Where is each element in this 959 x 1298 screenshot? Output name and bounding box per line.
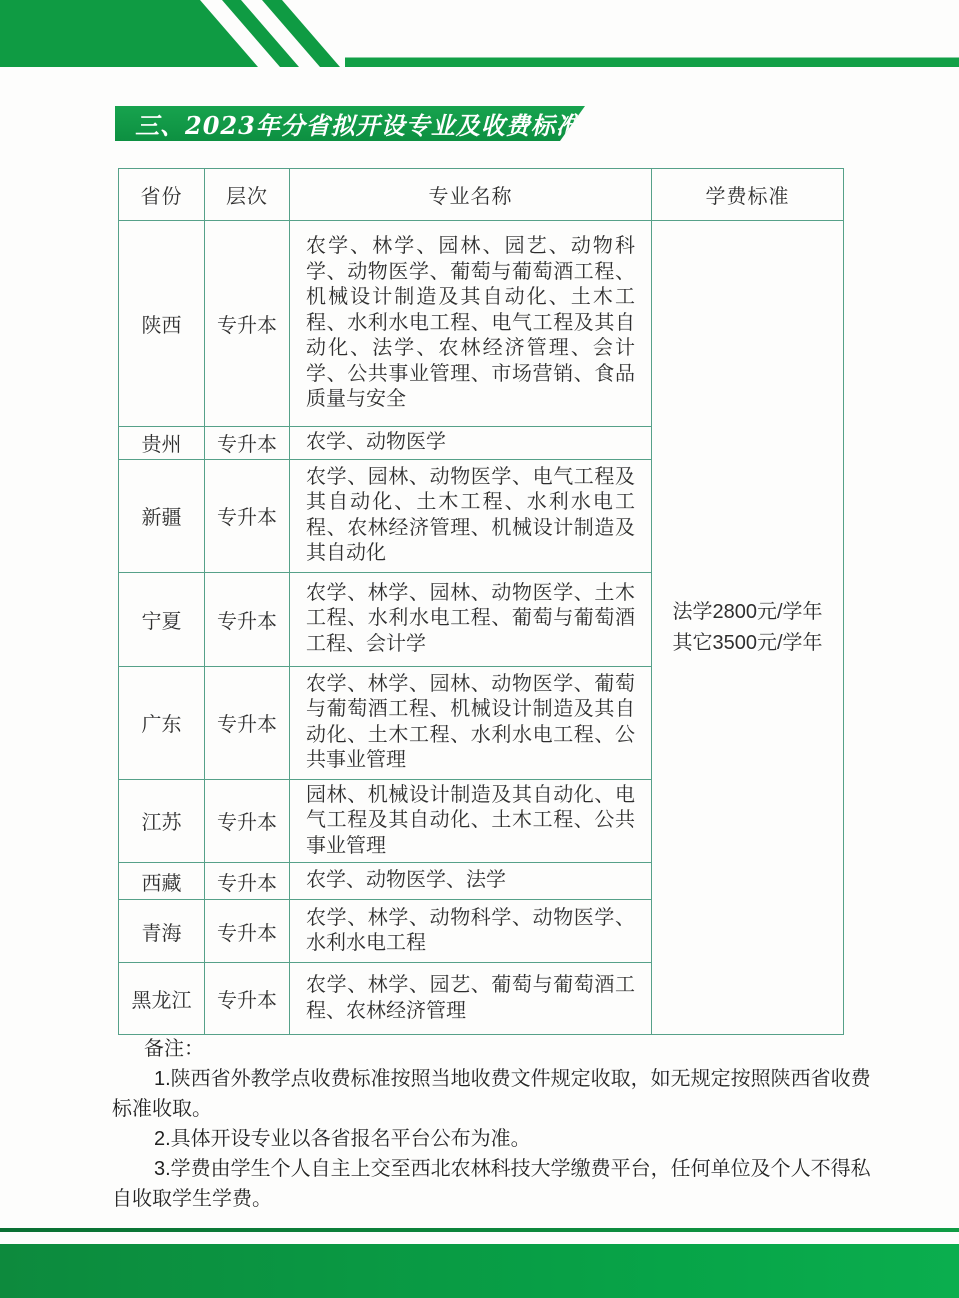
province-cell: 黑龙江 [119, 963, 205, 1035]
province-cell: 西藏 [119, 863, 205, 900]
bottom-green-band [0, 1244, 959, 1298]
level-cell: 专升本 [205, 572, 290, 666]
majors-cell: 农学、林学、园艺、葡萄与葡萄酒工程、农林经济管理 [290, 963, 652, 1035]
province-cell: 陕西 [119, 221, 205, 427]
province-cell: 江苏 [119, 779, 205, 863]
majors-cell: 园林、机械设计制造及其自动化、电气工程及其自动化、土木工程、公共事业管理 [290, 779, 652, 863]
notes-section: 备注： 1.陕西省外教学点收费标准按照当地收费文件规定收取，如无规定按照陕西省收… [112, 1034, 880, 1214]
province-cell: 贵州 [119, 427, 205, 460]
section-title: 三、2023年分省拟开设专业及收费标准 [135, 106, 581, 141]
col-header-province: 省份 [119, 169, 205, 221]
tuition-cell: 法学2800元/学年 其它3500元/学年 [652, 221, 844, 1035]
note-item: 3.学费由学生个人自主上交至西北农林科技大学缴费平台，任何单位及个人不得私自收取… [112, 1154, 880, 1214]
majors-cell: 农学、林学、园林、园艺、动物科学、动物医学、葡萄与葡萄酒工程、机械设计制造及其自… [290, 221, 652, 427]
bottom-divider-line [0, 1228, 959, 1232]
majors-cell: 农学、林学、园林、动物医学、土木工程、水利水电工程、葡萄与葡萄酒工程、会计学 [290, 572, 652, 666]
fee-table: 省份 层次 专业名称 学费标准 陕西 专升本 农学、林学、园林、园艺、动物科学、… [118, 168, 844, 1035]
col-header-level: 层次 [205, 169, 290, 221]
level-cell: 专升本 [205, 863, 290, 900]
level-cell: 专升本 [205, 221, 290, 427]
level-cell: 专升本 [205, 779, 290, 863]
notes-label: 备注： [112, 1034, 880, 1064]
majors-cell: 农学、园林、动物医学、电气工程及其自动化、土木工程、水利水电工程、农林经济管理、… [290, 459, 652, 572]
note-item: 1.陕西省外教学点收费标准按照当地收费文件规定收取，如无规定按照陕西省收费标准收… [112, 1064, 880, 1124]
province-cell: 宁夏 [119, 572, 205, 666]
level-cell: 专升本 [205, 459, 290, 572]
majors-cell: 农学、动物医学、法学 [290, 863, 652, 900]
province-cell: 青海 [119, 900, 205, 963]
province-cell: 新疆 [119, 459, 205, 572]
section-title-banner: 三、2023年分省拟开设专业及收费标准 [115, 106, 585, 141]
majors-cell: 农学、林学、园林、动物医学、葡萄与葡萄酒工程、机械设计制造及其自动化、土木工程、… [290, 666, 652, 779]
level-cell: 专升本 [205, 963, 290, 1035]
level-cell: 专升本 [205, 666, 290, 779]
majors-cell: 农学、林学、动物科学、动物医学、水利水电工程 [290, 900, 652, 963]
col-header-majors: 专业名称 [290, 169, 652, 221]
level-cell: 专升本 [205, 427, 290, 460]
note-item: 2.具体开设专业以各省报名平台公布为准。 [112, 1124, 880, 1154]
province-cell: 广东 [119, 666, 205, 779]
majors-cell: 农学、动物医学 [290, 427, 652, 460]
top-banner-decoration [0, 0, 959, 70]
table-header-row: 省份 层次 专业名称 学费标准 [119, 169, 844, 221]
top-thin-bar [345, 58, 959, 68]
top-green-block [0, 0, 258, 67]
table-row: 陕西 专升本 农学、林学、园林、园艺、动物科学、动物医学、葡萄与葡萄酒工程、机械… [119, 221, 844, 427]
tuition-line-other: 其它3500元/学年 [653, 628, 842, 659]
brochure-page: { "title_banner": "三、2023年分省拟开设专业及收费标准",… [0, 0, 959, 1298]
tuition-line-law: 法学2800元/学年 [653, 597, 842, 628]
level-cell: 专升本 [205, 900, 290, 963]
col-header-tuition: 学费标准 [652, 169, 844, 221]
